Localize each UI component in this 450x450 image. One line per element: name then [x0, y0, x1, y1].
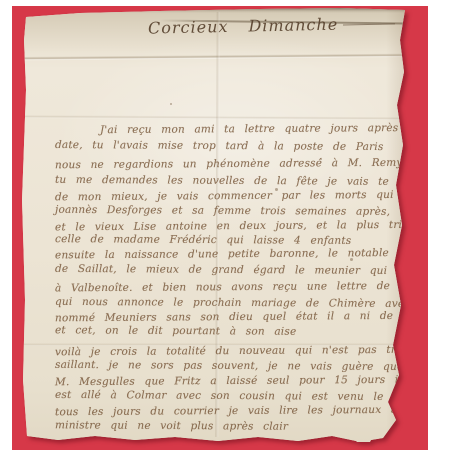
letter-line: à Valbenoîte. et bien nous avons reçu un… [55, 279, 450, 296]
letter-line: tous les jours du courrier je vais lire … [55, 403, 404, 419]
letter-line: tu me demandes les nouvelles de la fête … [55, 173, 450, 189]
letter-line: de Saillat, le mieux de grand égard le m… [55, 262, 430, 278]
letter-paper: Corcieux Dimanche J'ai reçu mon ami ta l… [20, 8, 412, 442]
letter-line: est allé à Colmar avec son cousin qui es… [55, 388, 415, 404]
letter-line: J'ai reçu mon ami ta lettre quatre jours… [100, 121, 420, 137]
letter-line: saillant. je ne sors pas souvent, je ne … [55, 358, 438, 374]
letter-line: voilà je crois la totalité du nouveau qu… [55, 343, 408, 359]
paper-sheet: Corcieux Dimanche J'ai reçu mon ami ta l… [20, 8, 412, 442]
letter-body: J'ai reçu mon ami ta lettre quatre jours… [20, 8, 412, 442]
letter-line: M. Mesgulles que Fritz a laissé seul pou… [55, 373, 402, 389]
letter-line: et cet, on le dit pourtant à son aise [55, 323, 296, 338]
letter-line: ensuite la naissance d'une petite baronn… [55, 246, 450, 263]
letter-line: nous ne regardions un phénomène adressé … [55, 156, 403, 172]
letter-photo: Corcieux Dimanche J'ai reçu mon ami ta l… [0, 0, 450, 450]
letter-line: celle de madame Frédéric qui laisse 4 en… [55, 232, 351, 248]
letter-line: de mon mieux, je vais commencer par les … [55, 188, 427, 205]
letter-line: ministre qui ne voit plus après clair [55, 418, 288, 433]
letter-line: date, tu l'avais mise trop tard à la pos… [55, 138, 384, 154]
letter-line: joannès Desforges et sa femme trois sema… [55, 203, 450, 219]
